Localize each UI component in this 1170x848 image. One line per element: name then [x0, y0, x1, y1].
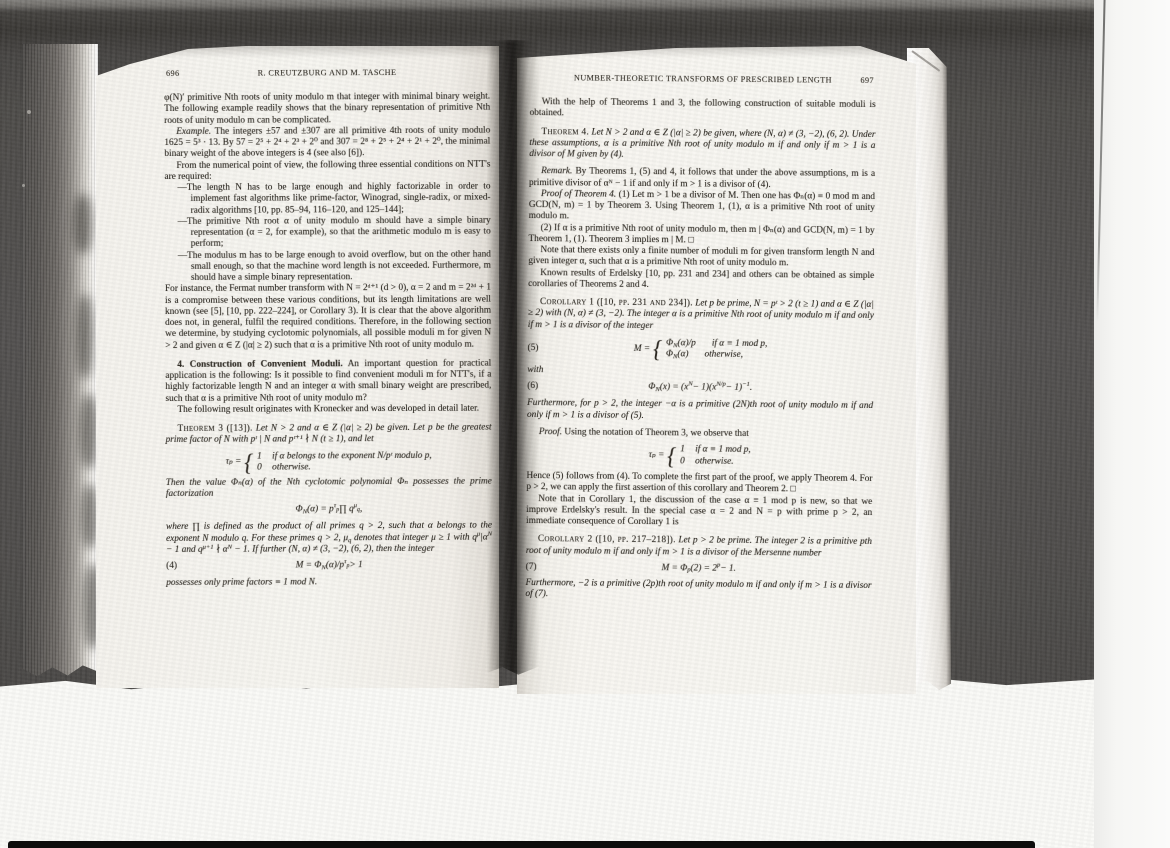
paragraph: Note that in Corollary 1, the discussion…: [526, 493, 872, 530]
paragraph-text: |α: [480, 532, 487, 542]
paragraph: For instance, the Fermat number transfor…: [165, 283, 491, 352]
left-page-content: 696 R. CREUTZBURG AND M. TASCHE φ(N)′ pr…: [164, 67, 492, 590]
proof-paragraph: Proof. Using the notation of Theorem 3, …: [527, 427, 873, 441]
math-superscript: μ: [477, 531, 480, 538]
math-token: ∏ q: [339, 504, 354, 515]
math-token: (α)/p: [677, 338, 695, 348]
case-condition: otherwise,: [704, 350, 743, 362]
case-condition: if α ≡ 1 mod p,: [712, 338, 768, 350]
equation-number: (5): [528, 343, 539, 354]
math-token: − 1)(x: [693, 382, 717, 393]
equation-tau-cases: τₚ = { 1if α belongs to the exponent N/p…: [166, 450, 492, 474]
equation-7: (7) M = Φp(2) = 2p − 1.: [526, 562, 872, 576]
cases-rows: 1if α ≡ 1 mod p, 0otherwise.: [680, 444, 751, 468]
equation-tau-cases-2: τₚ = { 1if α ≡ 1 mod p, 0otherwise.: [527, 443, 873, 469]
corollary-2: Corollary 2 ([10, pp. 217–218]). Let p >…: [526, 534, 872, 560]
page-edge-marking: [77, 294, 93, 379]
math-token: M = Φ: [661, 563, 687, 574]
proof-paragraph: Proof of Theorem 4. (1) Let m > 1 be a d…: [529, 189, 875, 226]
corollary-lead: Corollary 2 ([10, pp. 217–218]).: [538, 534, 676, 545]
math-expression: ΦN(α)/p: [666, 338, 696, 350]
equation-number: (6): [527, 381, 538, 392]
case-condition: otherwise.: [272, 462, 311, 474]
math-token: − 1.: [720, 563, 736, 574]
scan-edge-line: [1096, 0, 1105, 322]
paragraph-text: Using the notation of Theorem 3, we obse…: [562, 427, 749, 439]
paragraph: φ(N)′ primitive Nth roots of unity modul…: [164, 92, 490, 127]
equation-6: (6) ΦN(x) = (xN − 1)(xN/p − 1)−1.: [527, 381, 873, 395]
math-token: > 1: [349, 560, 362, 571]
dust-speck: [27, 110, 31, 114]
math-subscript: N: [673, 342, 677, 349]
right-page-header: NUMBER-THEORETIC TRANSFORMS OF PRESCRIBE…: [530, 72, 876, 87]
paragraph: Then the value Φₙ(α) of the Nth cyclotom…: [166, 476, 492, 500]
corollary-lead: Corollary 1 ([10, pp. 231 and 234]).: [540, 297, 693, 308]
example-paragraph: Example. The integers ±57 and ±307 are a…: [164, 125, 490, 160]
scanner-bed-margin: [1094, 0, 1170, 848]
math-token: ,: [360, 504, 362, 515]
equation-lhs: τₚ =: [649, 450, 665, 461]
book-scan-photo: 696 R. CREUTZBURG AND M. TASCHE φ(N)′ pr…: [0, 0, 1170, 848]
page-edge-marking: [74, 194, 92, 254]
math-token: (α)/p: [326, 560, 344, 571]
paragraph-text: − 1. If further (N, α) ≠ (3, −2), (6, 2)…: [232, 544, 434, 555]
math-token: (α): [677, 350, 688, 360]
theorem-lead: Theorem 4.: [541, 127, 589, 137]
paragraph-text: denotes that integer μ ≥ 1 with q: [351, 532, 477, 543]
connector-word: with: [527, 365, 873, 379]
paragraph-text: ∤ α: [214, 544, 228, 554]
bullet-item: —The modulus m has to be large enough to…: [165, 249, 491, 284]
theorem-lead: Theorem 3 ([13]).: [178, 424, 253, 434]
case-condition: if α ≡ 1 mod p,: [695, 444, 751, 456]
equation-5: (5) M = { ΦN(α)/pif α ≡ 1 mod p, ΦN(α)ot…: [527, 337, 873, 363]
math-token: M = Φ: [296, 560, 322, 571]
theorem-3: Theorem 3 ([13]). Let N > 2 and α ∈ Z (|…: [166, 423, 492, 447]
paragraph: Hence (5) follows from (4). To complete …: [526, 471, 872, 497]
scan-bottom-black-strip: [8, 841, 1035, 848]
paragraph-text: − 1 and q: [166, 545, 203, 555]
bullet-item: —The primitive Nth root α of unity modul…: [165, 215, 491, 250]
case-row: 1if α belongs to the exponent N/pᵗ modul…: [257, 450, 432, 462]
bullet-item: —The length N has to be large enough and…: [165, 182, 491, 217]
page-number: 697: [860, 75, 874, 86]
left-page-edge-stack: [22, 44, 98, 678]
equation-lhs: τₚ =: [226, 457, 242, 468]
case-condition: if α belongs to the exponent N/pᵗ modulo…: [272, 450, 432, 462]
math-subscript: p: [336, 507, 339, 513]
case-row: 0otherwise.: [257, 462, 432, 474]
case-row: 0otherwise.: [680, 456, 751, 468]
math-token: Φ: [296, 504, 303, 515]
math-subscript: p: [347, 563, 350, 569]
paragraph-text: By Theorems 1, (5) and 4, it follows tha…: [529, 167, 875, 190]
case-condition: otherwise.: [695, 456, 734, 468]
equation-number: (4): [166, 561, 177, 572]
section-heading: 4. Construction of Convenient Moduli.: [177, 359, 342, 370]
corollary-1: Corollary 1 ([10, pp. 231 and 234]). Let…: [528, 297, 874, 334]
theorem-4: Theorem 4. Let N > 2 and α ∈ Z (|α| ≥ 2)…: [529, 126, 875, 163]
running-title: NUMBER-THEORETIC TRANSFORMS OF PRESCRIBE…: [530, 72, 876, 86]
right-page: NUMBER-THEORETIC TRANSFORMS OF PRESCRIBE…: [517, 46, 916, 694]
case-value: 0: [257, 463, 272, 475]
paragraph: where ∏ is defined as the product of all…: [166, 521, 492, 556]
paragraph: Known results of Erdelsky [10, pp. 231 a…: [528, 267, 874, 293]
page-number: 696: [166, 68, 180, 79]
brace-glyph: {: [653, 337, 662, 362]
section-heading-paragraph: 4. Construction of Convenient Moduli. An…: [165, 358, 491, 404]
equation-4: (4) M = ΦN(α)/pτp > 1: [166, 560, 492, 573]
math-subscript: q: [348, 537, 351, 544]
math-token: (α) = p: [307, 504, 334, 515]
math-subscript: q: [357, 507, 360, 513]
left-page-header: 696 R. CREUTZBURG AND M. TASCHE: [164, 67, 490, 80]
paragraph: Furthermore, −2 is a primitive (2p)th ro…: [525, 578, 871, 604]
right-page-content: NUMBER-THEORETIC TRANSFORMS OF PRESCRIBE…: [525, 72, 876, 603]
equation-number: (7): [526, 562, 537, 573]
paragraph-lead: Example.: [176, 127, 211, 137]
brace-glyph: {: [667, 443, 676, 468]
paragraph-lead: Proof of Theorem 4.: [541, 189, 616, 200]
equation-phi-factorization: ΦN(α) = pτp ∏ qμq,: [166, 504, 492, 517]
paragraph: possesses only prime factors ≡ 1 mod N.: [166, 577, 492, 590]
case-row: ΦN(α)otherwise,: [666, 349, 767, 361]
paragraph: Note that there exists only a finite num…: [528, 245, 874, 271]
paragraph: With the help of Theorems 1 and 3, the f…: [530, 97, 876, 123]
math-token: − 1): [726, 383, 742, 394]
math-token: (2) = 2: [690, 563, 717, 574]
remark-paragraph: Remark. By Theorems 1, (5) and 4, it fol…: [529, 166, 875, 192]
page-edge-marking: [80, 394, 98, 469]
math-subscript: N: [673, 354, 677, 361]
paragraph: Furthermore, for p > 2, the integer −α i…: [527, 398, 873, 424]
paragraph: The following result originates with Kro…: [165, 403, 491, 416]
paragraph-text: The integers ±57 and ±307 are all primit…: [164, 125, 490, 159]
math-expression: ΦN(α): [666, 349, 689, 361]
equation-lhs: M =: [634, 344, 650, 355]
left-page: 696 R. CREUTZBURG AND M. TASCHE φ(N)′ pr…: [96, 46, 499, 688]
paragraph-lead: Proof.: [539, 427, 562, 437]
paragraph: (2) If α is a primitive Nth root of unit…: [528, 222, 874, 248]
paragraph: From the numerical point of view, the fo…: [164, 159, 490, 183]
dust-speck: [22, 184, 25, 187]
case-value: 1: [257, 451, 272, 463]
cases-rows: 1if α belongs to the exponent N/pᵗ modul…: [257, 450, 432, 474]
case-value: 0: [680, 456, 695, 468]
page-edge-marking: [82, 484, 98, 549]
math-token: (x) = (x: [660, 382, 689, 393]
running-title: R. CREUTZBURG AND M. TASCHE: [164, 67, 490, 80]
math-superscript: N: [488, 531, 492, 538]
cases-rows: ΦN(α)/pif α ≡ 1 mod p, ΦN(α)otherwise,: [666, 338, 768, 362]
brace-glyph: {: [244, 450, 253, 475]
paragraph-lead: Remark.: [541, 166, 572, 176]
case-row: 1if α ≡ 1 mod p,: [680, 444, 751, 456]
math-superscript: N: [228, 543, 232, 550]
case-value: 1: [680, 444, 695, 456]
math-superscript: μ+1: [203, 543, 214, 550]
